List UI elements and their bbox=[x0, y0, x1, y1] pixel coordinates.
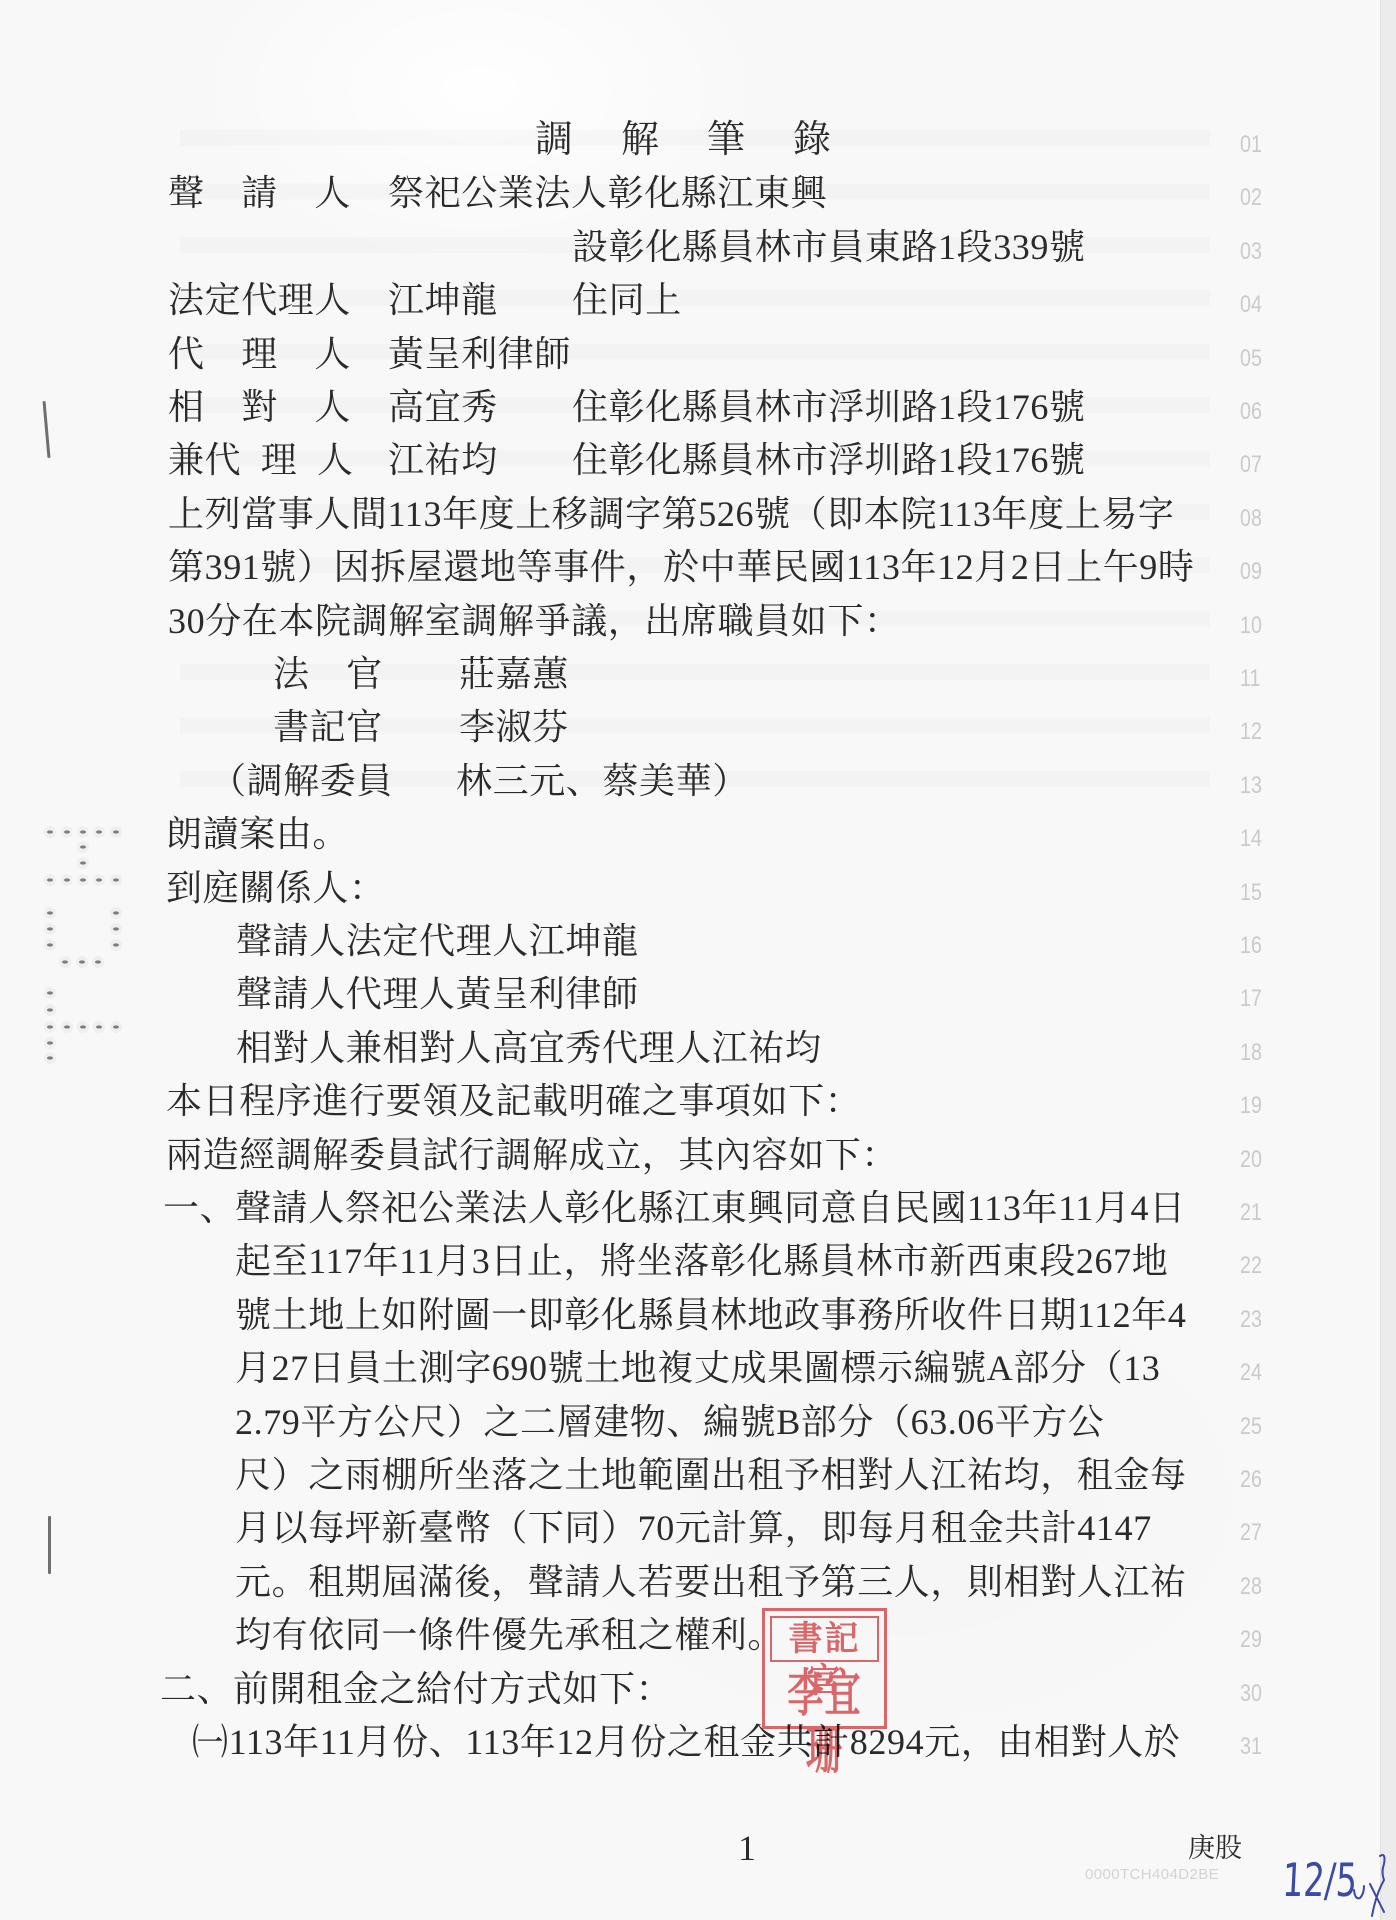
line-number: 11 bbox=[1240, 656, 1260, 702]
seal-title: 書記官 bbox=[770, 1616, 879, 1662]
document-title: 調解筆錄 bbox=[535, 115, 879, 165]
page-number: 1 bbox=[738, 1826, 756, 1870]
term-two-marker: 二、 bbox=[160, 1664, 233, 1714]
sub-item-text: 113年11月份、113年12月份之租金共計8294元，由相對人於 bbox=[229, 1722, 1181, 1762]
sub-item-marker: ㈠ bbox=[192, 1722, 229, 1762]
line-number: 26 bbox=[1240, 1457, 1262, 1503]
applicant-name: 祭祀公業法人彰化縣江東興 bbox=[388, 168, 827, 218]
agent-label: 代 理 人 bbox=[168, 329, 351, 379]
line-number: 15 bbox=[1240, 870, 1262, 916]
document-code: 0000TCH404D2BE bbox=[1085, 1866, 1219, 1884]
line-number: 09 bbox=[1240, 549, 1262, 595]
attendee-item: 相對人兼相對人高宜秀代理人江祐均 bbox=[236, 1023, 822, 1073]
sub-item-one: ㈠113年11月份、113年12月份之租金共計8294元，由相對人於 bbox=[192, 1717, 1180, 1767]
line-number: 19 bbox=[1240, 1083, 1262, 1129]
term-one-line: 均有依同一條件優先承租之權利。 bbox=[235, 1610, 784, 1660]
line-number: 25 bbox=[1240, 1404, 1262, 1450]
line-number: 21 bbox=[1240, 1190, 1262, 1236]
line-number: 03 bbox=[1240, 229, 1262, 275]
term-one-line: 2.79平方公尺）之二層建物、編號B部分（63.06平方公 bbox=[235, 1397, 1104, 1447]
official-title-clerk: 書記官 bbox=[273, 702, 383, 752]
line-number: 04 bbox=[1240, 282, 1262, 328]
term-one-line: 元。租期屆滿後，聲請人若要出租予第三人，則相對人江祐 bbox=[235, 1557, 1187, 1607]
term-one-marker: 一、 bbox=[163, 1183, 236, 1233]
line-number: 17 bbox=[1240, 976, 1262, 1022]
line-number: 05 bbox=[1240, 336, 1262, 382]
perforation-pattern-icon bbox=[40, 820, 130, 1070]
line-number: 28 bbox=[1240, 1564, 1262, 1610]
line-number: 29 bbox=[1240, 1617, 1262, 1663]
respondent-name: 高宜秀 bbox=[388, 382, 498, 432]
settlement-intro: 兩造經調解委員試行調解成立，其內容如下： bbox=[166, 1130, 898, 1180]
term-one-line: 聲請人祭祀公業法人彰化縣江東興同意自民國113年11月4日 bbox=[235, 1183, 1186, 1233]
clerk-seal-stamp: 書記官 李宜珊 bbox=[762, 1608, 887, 1729]
case-intro-line: 上列當事人間113年度上移調字第526號（即本院113年度上易字 bbox=[168, 489, 1175, 539]
attendee-item: 聲請人法定代理人江坤龍 bbox=[236, 916, 639, 966]
term-one-line: 月以每坪新臺幣（下同）70元計算，即每月租金共計4147 bbox=[235, 1503, 1152, 1553]
applicant-label: 聲 請 人 bbox=[168, 168, 351, 218]
signature-scribble-icon bbox=[1350, 1850, 1396, 1920]
line-number: 22 bbox=[1240, 1243, 1262, 1289]
reading-of-case: 朗讀案由。 bbox=[166, 809, 349, 859]
attendee-item: 聲請人代理人黃呈利律師 bbox=[236, 969, 639, 1019]
attendees-label: 到庭關係人： bbox=[166, 863, 386, 913]
margin-tick-mark bbox=[48, 1516, 51, 1574]
official-name-clerk: 李淑芬 bbox=[459, 702, 569, 752]
margin-tick-mark bbox=[43, 401, 51, 458]
scan-page-edge bbox=[1380, 0, 1396, 1920]
line-number: 18 bbox=[1240, 1030, 1262, 1076]
line-number: 06 bbox=[1240, 389, 1262, 435]
term-one-line: 起至117年11月3日止，將坐落彰化縣員林市新西東段267地 bbox=[235, 1236, 1168, 1286]
line-number: 07 bbox=[1240, 442, 1262, 488]
term-one-line: 號土地上如附圖一即彰化縣員林地政事務所收件日期112年4 bbox=[235, 1290, 1186, 1340]
line-number: 23 bbox=[1240, 1297, 1262, 1343]
line-number: 31 bbox=[1240, 1724, 1262, 1770]
line-number: 20 bbox=[1240, 1137, 1262, 1183]
respondent-agent-address: 住彰化縣員林市浮圳路1段176號 bbox=[572, 435, 1086, 485]
term-one-line: 尺）之雨棚所坐落之土地範圍出租予相對人江祐均，租金每 bbox=[235, 1450, 1187, 1500]
respondent-label: 相 對 人 bbox=[168, 382, 351, 432]
line-number: 10 bbox=[1240, 603, 1262, 649]
official-name-judge: 莊嘉蕙 bbox=[459, 649, 569, 699]
line-number: 12 bbox=[1240, 709, 1262, 755]
respondent-address: 住彰化縣員林市浮圳路1段176號 bbox=[572, 382, 1086, 432]
agent-name: 黃呈利律師 bbox=[388, 329, 571, 379]
term-one-line: 月27日員土測字690號土地複丈成果圖標示編號A部分（13 bbox=[235, 1343, 1160, 1393]
legal-representative-label: 法定代理人 bbox=[168, 275, 351, 325]
line-number: 08 bbox=[1240, 496, 1262, 542]
applicant-address: 設彰化縣員林市員東路1段339號 bbox=[572, 222, 1086, 272]
procedure-note: 本日程序進行要領及記載明確之事項如下： bbox=[166, 1076, 861, 1126]
official-title-mediators: （調解委員 bbox=[210, 756, 393, 806]
case-intro-line: 第391號）因拆屋還地等事件，於中華民國113年12月2日上午9時 bbox=[168, 542, 1194, 592]
line-number: 01 bbox=[1240, 122, 1262, 168]
seal-name: 李宜珊 bbox=[770, 1667, 879, 1749]
line-number: 13 bbox=[1240, 763, 1262, 809]
handwritten-date: 12/5 bbox=[1281, 1852, 1358, 1908]
case-intro-line: 30分在本院調解室調解爭議，出席職員如下： bbox=[168, 596, 901, 646]
respondent-agent-name: 江祐均 bbox=[388, 435, 498, 485]
official-name-mediators: 林三元、蔡美華） bbox=[456, 756, 749, 806]
court-division: 庚股 bbox=[1188, 1832, 1242, 1864]
line-number: 16 bbox=[1240, 923, 1262, 969]
legal-representative-address: 住同上 bbox=[572, 275, 682, 325]
line-number: 30 bbox=[1240, 1671, 1262, 1717]
term-two-line: 前開租金之給付方式如下： bbox=[233, 1664, 672, 1714]
line-number: 24 bbox=[1240, 1350, 1262, 1396]
respondent-agent-label: 兼代 理 人 bbox=[168, 435, 354, 485]
official-title-judge: 法 官 bbox=[273, 649, 383, 699]
line-number: 27 bbox=[1240, 1510, 1262, 1556]
line-number: 02 bbox=[1240, 175, 1262, 221]
legal-representative-name: 江坤龍 bbox=[388, 275, 498, 325]
line-number: 14 bbox=[1240, 816, 1262, 862]
